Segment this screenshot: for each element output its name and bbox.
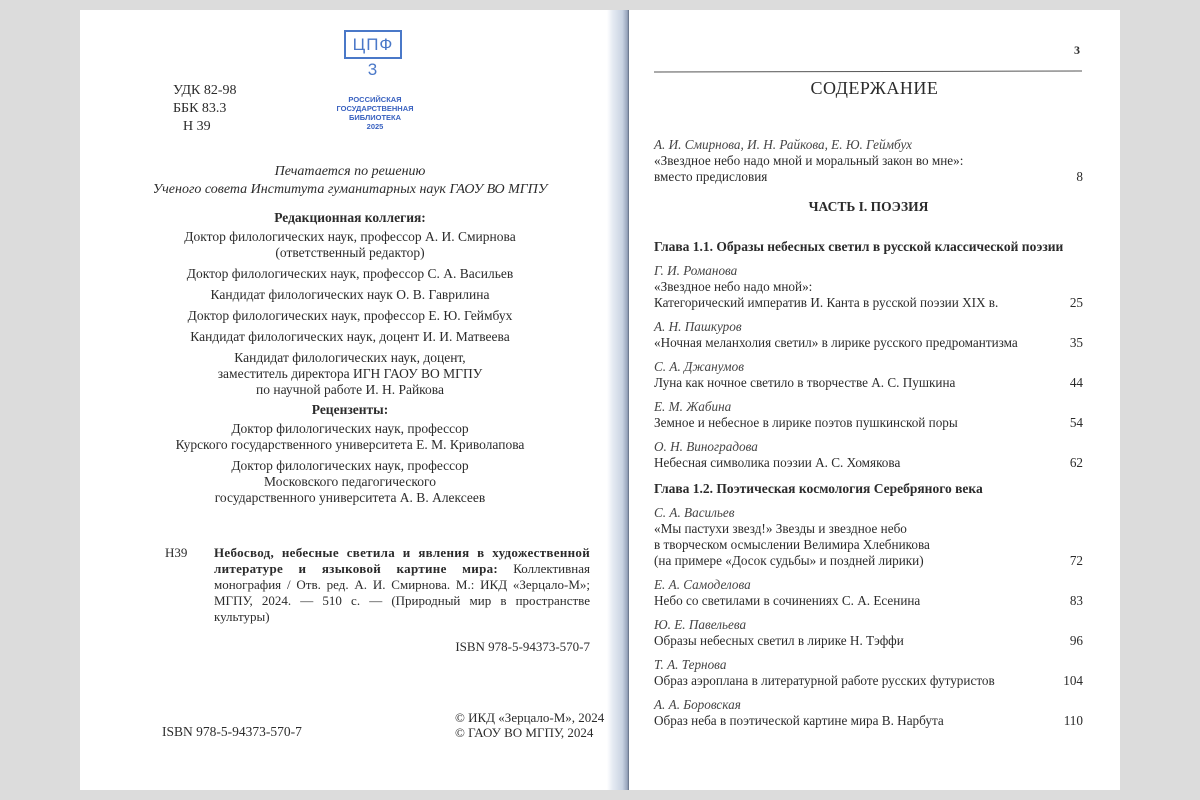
editorial-board-title: Редакционная коллегия: <box>140 210 560 226</box>
toc-entry[interactable]: Е. М. ЖабинаЗемное и небесное в лирике п… <box>654 399 1083 431</box>
toc-title-line: Категорический императив И. Канта в русс… <box>654 295 1038 311</box>
toc-title-line: в творческом осмыслении Велимира Хлебник… <box>654 537 1038 553</box>
toc-title-line: «Ночная меланхолия светил» в лирике русс… <box>654 335 1038 351</box>
library-stamp-box: ЦПФ 3 <box>344 30 402 59</box>
toc-entry-title: Небо со светилами в сочинениях С. А. Есе… <box>654 593 1083 609</box>
catalog-isbn: ISBN 978-5-94373-570-7 <box>165 639 590 655</box>
toc-author: С. А. Васильев <box>654 505 1083 521</box>
toc-title-line: Луна как ночное светило в творчестве А. … <box>654 375 1038 391</box>
toc-entry[interactable]: Г. И. Романова«Звездное небо надо мной»:… <box>654 263 1083 311</box>
toc-entry[interactable]: А. А. БоровскаяОбраз неба в поэтической … <box>654 697 1083 729</box>
reviewer-line: Доктор филологических наук, профессор <box>140 421 560 437</box>
toc-page-number: 83 <box>1070 593 1083 609</box>
toc-entry-title: Земное и небесное в лирике поэтов пушкин… <box>654 415 1083 431</box>
toc-entry-title: «Звездное небо надо мной»:Категорический… <box>654 279 1083 311</box>
reviewer-line: Курского государственного университета Е… <box>140 437 560 453</box>
toc-entry[interactable]: Ю. Е. ПавельеваОбразы небесных светил в … <box>654 617 1083 649</box>
editorial-board-member: Кандидат филологических наук, доцент,зам… <box>140 350 560 398</box>
toc-author: О. Н. Виноградова <box>654 439 1083 455</box>
toc-author: Е. А. Самоделова <box>654 577 1083 593</box>
toc-author: Т. А. Тернова <box>654 657 1083 673</box>
toc-page-number: 54 <box>1070 415 1083 431</box>
toc-title-line: Небо со светилами в сочинениях С. А. Есе… <box>654 593 1038 609</box>
imprint-line: Ученого совета Института гуманитарных на… <box>140 181 560 199</box>
toc-title-line: «Звездное небо надо мной и моральный зак… <box>654 153 1038 169</box>
copyright-line: © ИКД «Зерцало-М», 2024 <box>455 710 604 725</box>
stamp-line: ГОСУДАРСТВЕННАЯ <box>326 104 424 113</box>
editorial-board-list: Доктор филологических наук, профессор А.… <box>140 229 560 398</box>
toc-entry-title: «Ночная меланхолия светил» в лирике русс… <box>654 335 1083 351</box>
copyright-line: © ГАОУ ВО МГПУ, 2024 <box>455 725 604 740</box>
toc-entry[interactable]: Е. А. СамоделоваНебо со светилами в сочи… <box>654 577 1083 609</box>
toc-page-number: 25 <box>1070 295 1083 311</box>
reviewer-line: Московского педагогического <box>140 474 560 490</box>
right-page: 3 СОДЕРЖАНИЕ А. И. Смирнова, И. Н. Райко… <box>629 10 1120 790</box>
toc-entry-title: «Звездное небо надо мной и моральный зак… <box>654 153 1083 185</box>
toc-page-number: 35 <box>1070 335 1083 351</box>
editorial-board-member-line: Доктор филологических наук, профессор А.… <box>140 229 560 245</box>
toc-entry-title: Образ неба в поэтической картине мира В.… <box>654 713 1083 729</box>
editorial-board: Редакционная коллегия: Доктор филологиче… <box>140 210 560 403</box>
reviewer-line: Доктор филологических наук, профессор <box>140 458 560 474</box>
catalog-description: Небосвод, небесные светила и явления в х… <box>214 545 590 625</box>
reviewer: Доктор филологических наук, профессорКур… <box>140 421 560 453</box>
toc-entry-title: Образы небесных светил в лирике Н. Тэффи <box>654 633 1083 649</box>
editorial-board-member: Доктор филологических наук, профессор С.… <box>140 266 560 282</box>
toc-author: Г. И. Романова <box>654 263 1083 279</box>
toc-chapter-heading[interactable]: Глава 1.2. Поэтическая космология Серебр… <box>654 481 1083 497</box>
reviewers-list: Доктор филологических наук, профессорКур… <box>140 421 560 506</box>
editorial-board-member-line: Кандидат филологических наук О. В. Гаври… <box>140 287 560 303</box>
toc-author: А. А. Боровская <box>654 697 1083 713</box>
toc-entry[interactable]: А. Н. Пашкуров«Ночная меланхолия светил»… <box>654 319 1083 351</box>
toc-entry[interactable]: О. Н. ВиноградоваНебесная символика поэз… <box>654 439 1083 471</box>
footer-isbn: ISBN 978-5-94373-570-7 <box>162 724 302 740</box>
toc-entry-title: «Мы пастухи звезд!» Звезды и звездное не… <box>654 521 1083 569</box>
toc-part-heading: ЧАСТЬ I. ПОЭЗИЯ <box>654 199 1083 215</box>
toc-author: А. И. Смирнова, И. Н. Райкова, Е. Ю. Гей… <box>654 137 1083 153</box>
toc-entry-title: Небесная символика поэзии А. С. Хомякова <box>654 455 1083 471</box>
toc-chapters: Глава 1.1. Образы небесных светил в русс… <box>654 239 1083 729</box>
toc-page-number: 62 <box>1070 455 1083 471</box>
reviewers-title: Рецензенты: <box>140 402 560 418</box>
toc-author: А. Н. Пашкуров <box>654 319 1083 335</box>
author-mark: Н 39 <box>173 118 237 136</box>
toc-title-line: (на примере «Досок судьбы» и поздней лир… <box>654 553 1038 569</box>
toc-page-number: 110 <box>1064 713 1083 729</box>
bbk-code: ББК 83.3 <box>173 100 237 118</box>
toc-page-number: 104 <box>1063 673 1083 689</box>
page-number: 3 <box>1074 43 1080 58</box>
editorial-board-member-line: заместитель директора ИГН ГАОУ ВО МГПУ <box>140 366 560 382</box>
catalog-record: Н39 Небосвод, небесные светила и явления… <box>165 545 590 655</box>
toc-title-line: вместо предисловия <box>654 169 1038 185</box>
reviewer: Доктор филологических наук, профессорМос… <box>140 458 560 506</box>
reviewer-line: государственного университета А. В. Алек… <box>140 490 560 506</box>
toc-entry[interactable]: С. А. Васильев«Мы пастухи звезд!» Звезды… <box>654 505 1083 569</box>
bibliographic-codes: УДК 82-98 ББК 83.3 Н 39 <box>173 82 237 136</box>
header-rule <box>654 70 1082 72</box>
editorial-board-member: Доктор филологических наук, профессор А.… <box>140 229 560 261</box>
toc-entry-title: Образ аэроплана в литературной работе ру… <box>654 673 1083 689</box>
copyrights: © ИКД «Зерцало-М», 2024 © ГАОУ ВО МГПУ, … <box>455 710 604 740</box>
stamp-line: РОССИЙСКАЯ <box>326 95 424 104</box>
editorial-board-member-line: Доктор филологических наук, профессор С.… <box>140 266 560 282</box>
toc-page-number: 44 <box>1070 375 1083 391</box>
toc-title: СОДЕРЖАНИЕ <box>629 78 1120 99</box>
toc-title-line: Небесная символика поэзии А. С. Хомякова <box>654 455 1038 471</box>
reviewers: Рецензенты: Доктор филологических наук, … <box>140 402 560 511</box>
toc-entry[interactable]: Т. А. ТерноваОбраз аэроплана в литератур… <box>654 657 1083 689</box>
editorial-board-member: Кандидат филологических наук, доцент И. … <box>140 329 560 345</box>
toc-author: Ю. Е. Павельева <box>654 617 1083 633</box>
toc-chapter-heading[interactable]: Глава 1.1. Образы небесных светил в русс… <box>654 239 1083 255</box>
editorial-board-member: Кандидат филологических наук О. В. Гаври… <box>140 287 560 303</box>
toc-author: Е. М. Жабина <box>654 399 1083 415</box>
udk-code: УДК 82-98 <box>173 82 237 100</box>
stamp-line: БИБЛИОТЕКА <box>326 113 424 122</box>
toc-page-number: 96 <box>1070 633 1083 649</box>
catalog-code: Н39 <box>165 545 187 561</box>
editorial-board-member-line: (ответственный редактор) <box>140 245 560 261</box>
stamp-line: 2025 <box>326 122 424 131</box>
toc-author: С. А. Джанумов <box>654 359 1083 375</box>
toc-page-number: 8 <box>1076 169 1083 185</box>
book-spread: ЦПФ 3 РОССИЙСКАЯ ГОСУДАРСТВЕННАЯ БИБЛИОТ… <box>80 10 1120 790</box>
imprint-note: Печатается по решению Ученого совета Инс… <box>140 163 560 199</box>
left-page: ЦПФ 3 РОССИЙСКАЯ ГОСУДАРСТВЕННАЯ БИБЛИОТ… <box>80 10 607 790</box>
editorial-board-member-line: по научной работе И. Н. Райкова <box>140 382 560 398</box>
library-stamp: РОССИЙСКАЯ ГОСУДАРСТВЕННАЯ БИБЛИОТЕКА 20… <box>326 95 424 131</box>
toc-title-line: Земное и небесное в лирике поэтов пушкин… <box>654 415 1038 431</box>
editorial-board-member: Доктор филологических наук, профессор Е.… <box>140 308 560 324</box>
toc-page-number: 72 <box>1070 553 1083 569</box>
table-of-contents: А. И. Смирнова, И. Н. Райкова, Е. Ю. Гей… <box>654 137 1083 739</box>
imprint-line: Печатается по решению <box>140 163 560 181</box>
book-gutter <box>607 10 629 790</box>
toc-title-line: «Звездное небо надо мной»: <box>654 279 1038 295</box>
toc-title-line: «Мы пастухи звезд!» Звезды и звездное не… <box>654 521 1038 537</box>
toc-entry[interactable]: С. А. ДжанумовЛуна как ночное светило в … <box>654 359 1083 391</box>
toc-entry-title: Луна как ночное светило в творчестве А. … <box>654 375 1083 391</box>
editorial-board-member-line: Доктор филологических наук, профессор Е.… <box>140 308 560 324</box>
editorial-board-member-line: Кандидат филологических наук, доцент, <box>140 350 560 366</box>
toc-title-line: Образы небесных светил в лирике Н. Тэффи <box>654 633 1038 649</box>
toc-title-line: Образ неба в поэтической картине мира В.… <box>654 713 1038 729</box>
toc-preface[interactable]: А. И. Смирнова, И. Н. Райкова, Е. Ю. Гей… <box>654 137 1083 185</box>
editorial-board-member-line: Кандидат филологических наук, доцент И. … <box>140 329 560 345</box>
toc-title-line: Образ аэроплана в литературной работе ру… <box>654 673 1038 689</box>
